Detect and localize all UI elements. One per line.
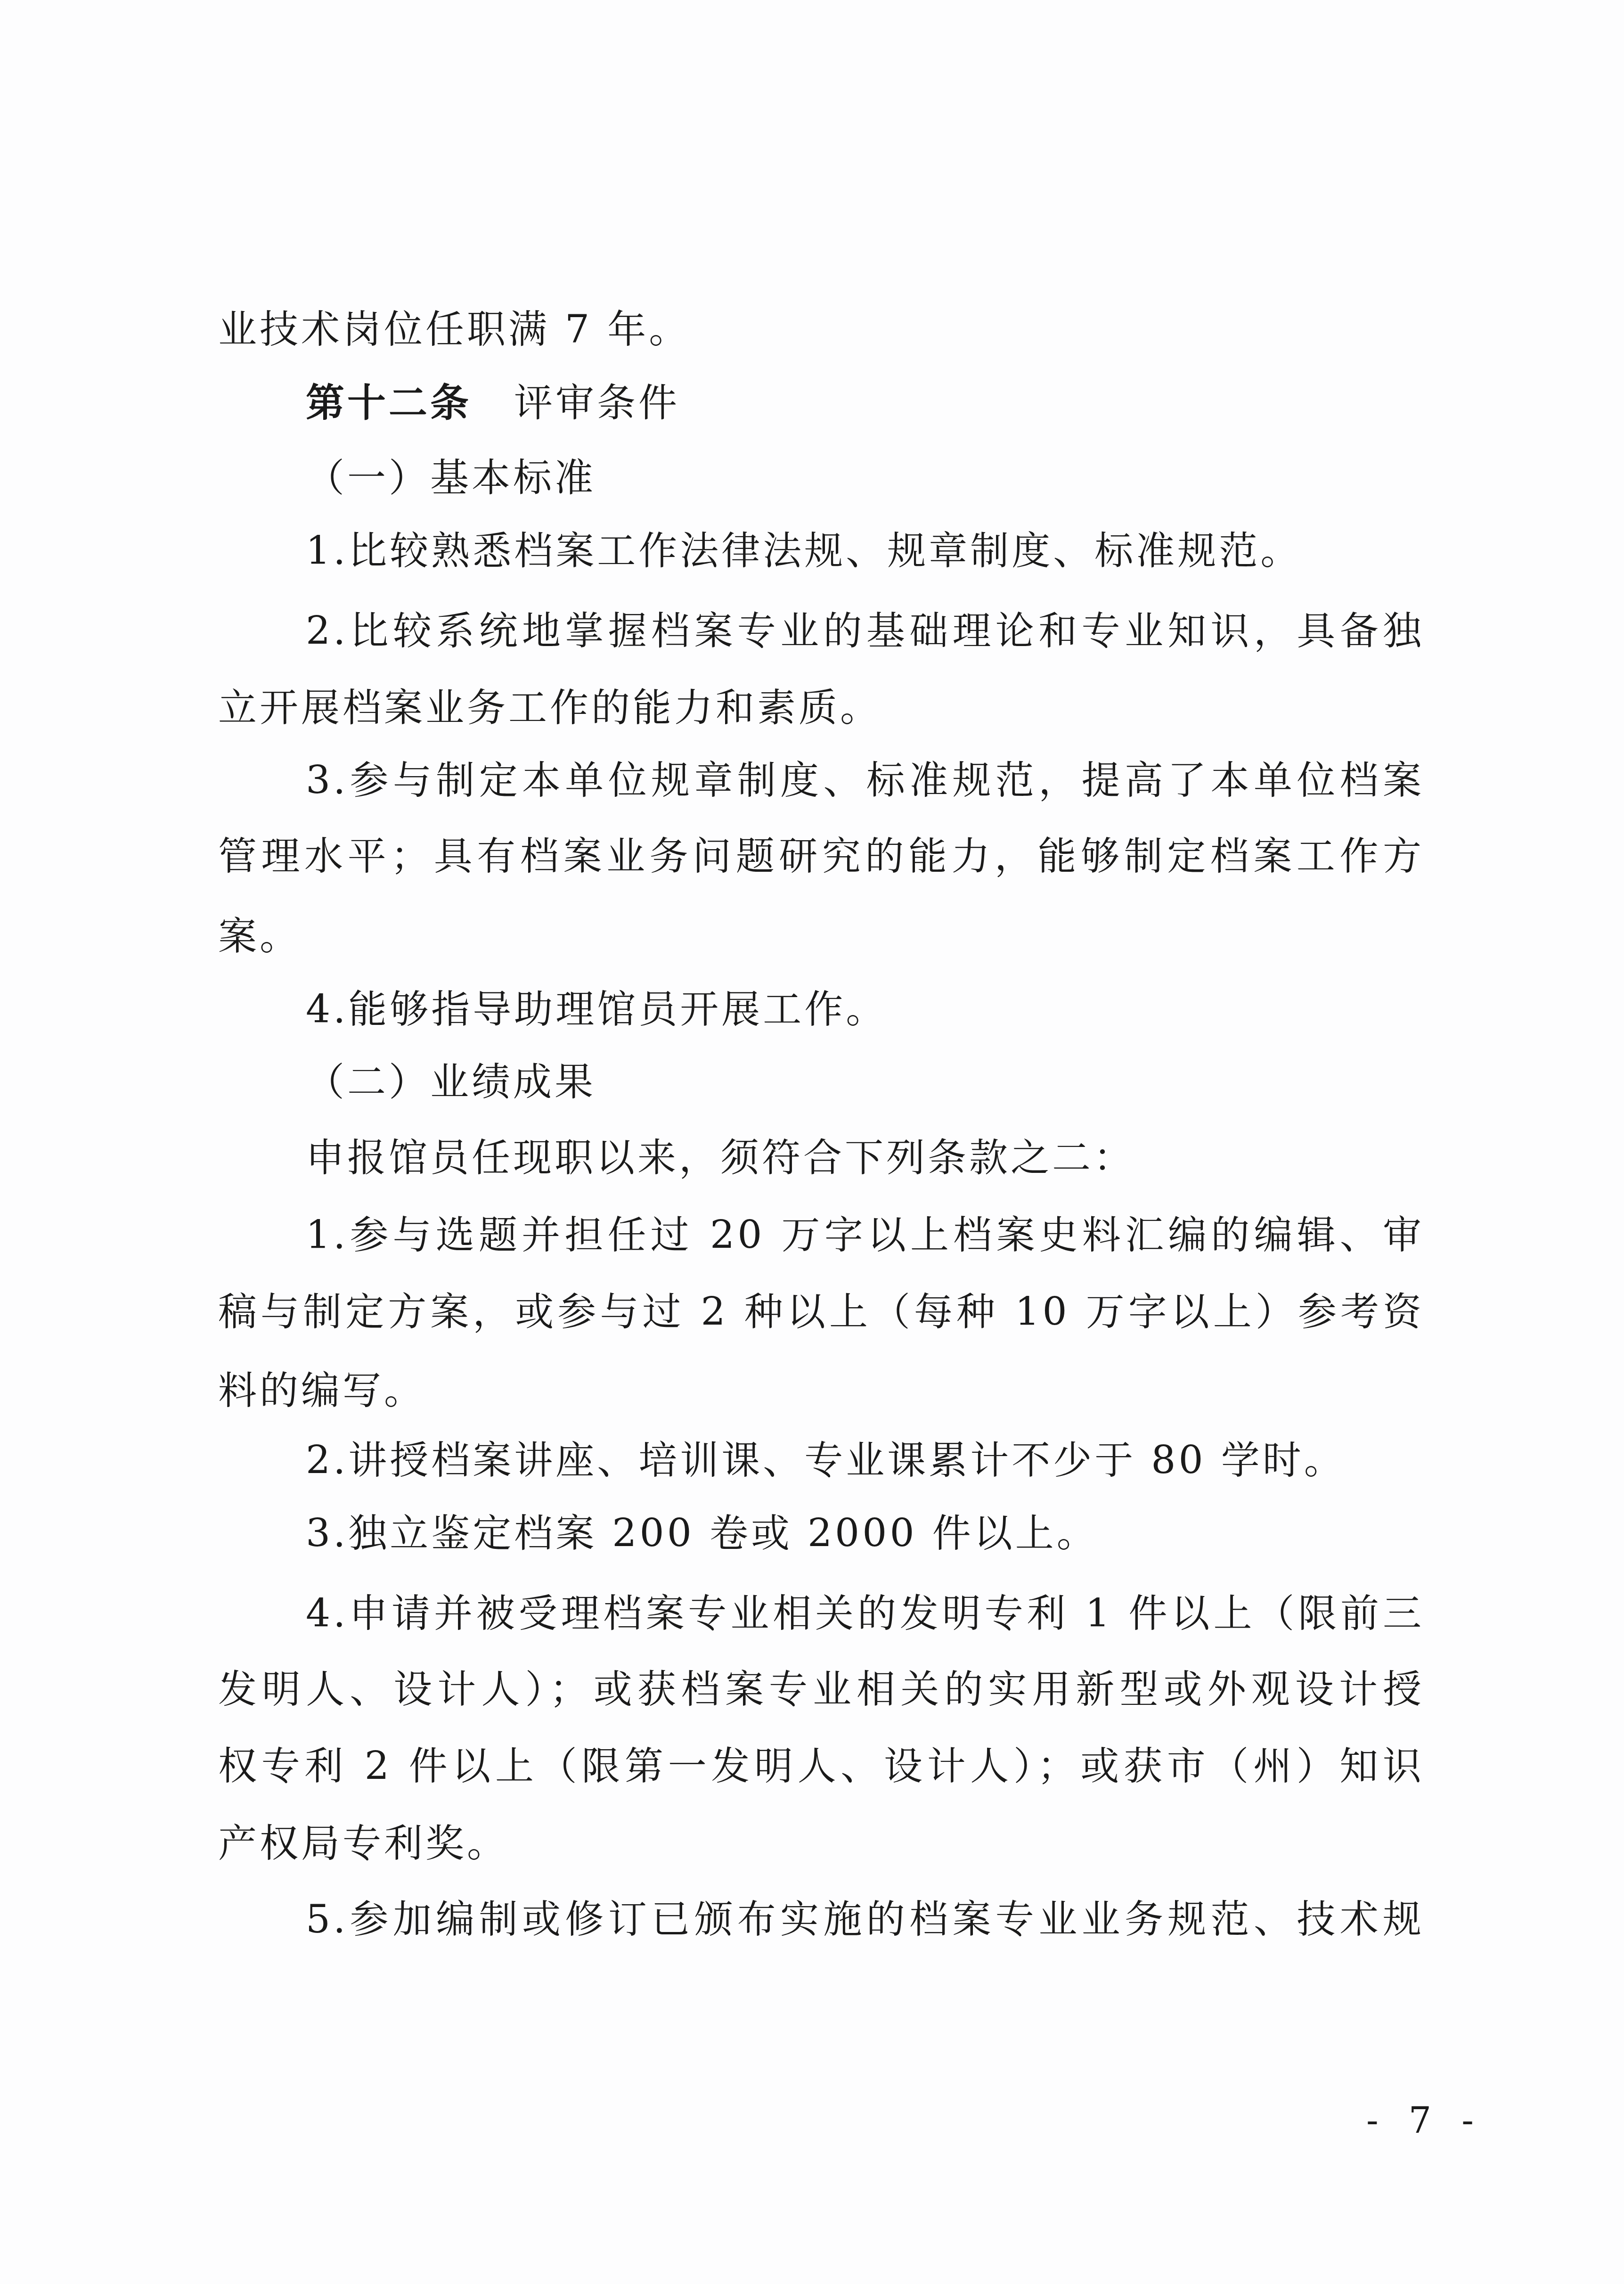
article-number: 第十二条: [306, 380, 472, 426]
text-line: 权专利 2 件以上（限第一发明人、设计人）；或获市（州）知识: [218, 1743, 1424, 1790]
text-line: 1.参与选题并担任过 20 万字以上档案史料汇编的编辑、审: [306, 1212, 1424, 1259]
text-line: 4.能够指导助理馆员开展工作。: [306, 986, 1424, 1033]
text-line: 2.讲授档案讲座、培训课、专业课累计不少于 80 学时。: [306, 1437, 1424, 1484]
text-line: 立开展档案业务工作的能力和素质。: [218, 685, 1424, 732]
text-line: 产权局专利奖。: [218, 1820, 1424, 1867]
text-line: 业技术岗位任职满 7 年。: [218, 306, 1424, 353]
section-heading: （二）业绩成果: [306, 1059, 1424, 1106]
text-line: 4.申请并被受理档案专业相关的发明专利 1 件以上（限前三: [306, 1590, 1424, 1637]
text-line: 案。: [218, 913, 1424, 960]
text-line: 1.比较熟悉档案工作法律法规、规章制度、标准规范。: [306, 528, 1424, 575]
text-line: 3.参与制定本单位规章制度、标准规范，提高了本单位档案: [306, 757, 1424, 804]
text-line: 3.独立鉴定档案 200 卷或 2000 件以上。: [306, 1510, 1424, 1557]
text-line: 5.参加编制或修订已颁布实施的档案专业业务规范、技术规: [306, 1896, 1424, 1943]
text-line: 申报馆员任现职以来，须符合下列条款之二：: [306, 1135, 1424, 1182]
text-line: 2.比较系统地掌握档案专业的基础理论和专业知识，具备独: [306, 608, 1424, 655]
text-line: 稿与制定方案，或参与过 2 种以上（每种 10 万字以上）参考资: [218, 1289, 1424, 1336]
section-heading: （一）基本标准: [306, 455, 1424, 502]
text-line: 管理水平；具有档案业务问题研究的能力，能够制定档案工作方: [218, 833, 1424, 880]
text-line: 发明人、设计人）；或获档案专业相关的实用新型或外观设计授: [218, 1666, 1424, 1713]
article-heading: 第十二条评审条件: [306, 379, 1424, 427]
page-number: - 7 -: [1366, 2099, 1483, 2141]
article-title: 评审条件: [514, 381, 680, 426]
text-line: 料的编写。: [218, 1367, 1424, 1415]
